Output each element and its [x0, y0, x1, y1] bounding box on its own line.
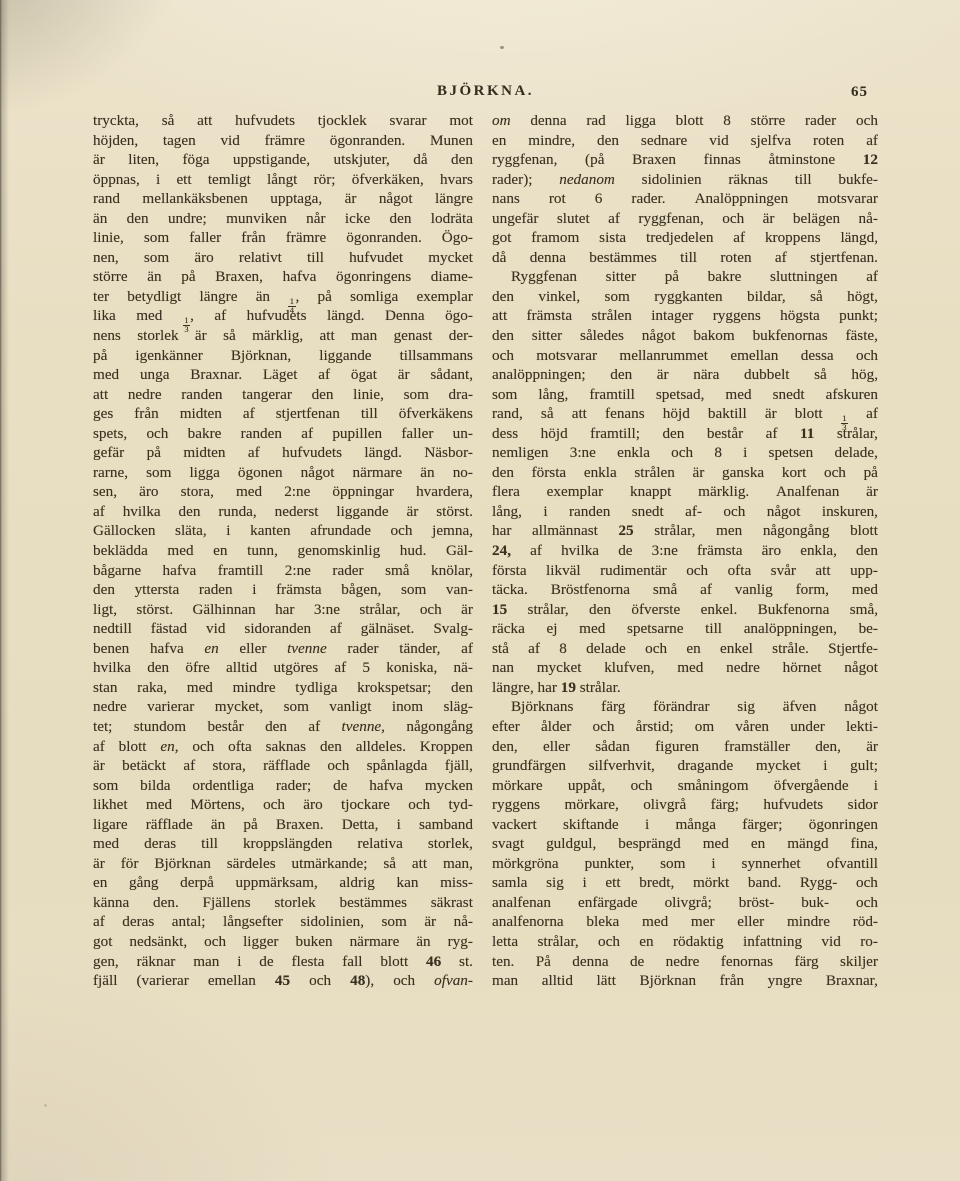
- word: räfflade: [146, 815, 193, 835]
- word: en: [751, 834, 765, 854]
- word: öfverste: [631, 600, 680, 620]
- word: mellankäksbenen: [142, 189, 247, 209]
- book-page: BJÖRKNA. 65 tryckta,såatthufvudetstjockl…: [0, 0, 960, 1181]
- word: allmännast: [532, 521, 598, 541]
- word: den: [662, 424, 684, 444]
- word: spets,: [93, 424, 127, 444]
- word: dragande: [678, 756, 734, 776]
- word: bredt,: [639, 873, 674, 893]
- word: mot: [449, 111, 473, 131]
- word: då: [492, 248, 506, 268]
- word: sådant,: [430, 365, 473, 385]
- word: af: [530, 541, 542, 561]
- word: knappt: [630, 482, 671, 502]
- word: mängd: [787, 834, 828, 854]
- word: många: [675, 815, 715, 835]
- word: den.: [153, 893, 179, 913]
- word: 3:ne: [314, 600, 340, 620]
- word: af-: [685, 502, 702, 522]
- word: strålar,: [837, 424, 878, 444]
- word: nedre: [128, 385, 162, 405]
- text-line: analfenornablekamedmerellermindreröd-: [492, 912, 878, 932]
- word: punkter,: [585, 854, 635, 874]
- text-line: attnedrerandentangerardenlinie,somdra-: [93, 385, 473, 405]
- word: ryggens: [713, 306, 761, 326]
- word: något: [844, 658, 878, 678]
- word: i: [397, 815, 401, 835]
- word: första: [492, 561, 527, 581]
- word: igenkänner: [135, 346, 202, 366]
- word: utskjuter,: [334, 150, 390, 170]
- word: midten: [183, 443, 225, 463]
- word: längd,: [840, 228, 878, 248]
- text-line: somlång,framtillspetsad,medsnedtafskuren: [492, 385, 878, 405]
- word: äro: [139, 482, 158, 502]
- word: kroppens: [765, 228, 821, 248]
- word: beklädda: [93, 541, 148, 561]
- word: tredjedelen: [646, 228, 713, 248]
- text-line: attfrämstastrålenintagerryggenshögstapun…: [492, 306, 878, 326]
- word: och: [146, 424, 168, 444]
- word: med: [93, 365, 119, 385]
- text-line: ändenundre;munvikennårickedenlodräta: [93, 209, 473, 229]
- word: analöppningen,: [744, 619, 837, 639]
- text-line: harallmännast25strålar,mennågongångblott: [492, 521, 878, 541]
- word: strålen: [591, 306, 631, 326]
- word: för: [121, 854, 139, 874]
- word: inskuren,: [822, 502, 878, 522]
- text-line: nen,somärorelativttillhufvudetmycket: [93, 248, 473, 268]
- word: på: [318, 287, 332, 307]
- word: utgöres: [273, 658, 318, 678]
- word: med: [236, 482, 262, 502]
- text-line: rand,såattfenanshöjdbaktillärblott13af: [492, 404, 878, 424]
- word: got: [93, 932, 112, 952]
- word: På: [536, 952, 551, 972]
- word: icke: [345, 209, 370, 229]
- word: den: [390, 209, 412, 229]
- word: som: [404, 385, 429, 405]
- word: nedre: [666, 952, 700, 972]
- word: nan: [492, 658, 514, 678]
- word: och: [393, 971, 415, 991]
- word: i: [583, 873, 587, 893]
- word: bukfe-: [838, 170, 878, 190]
- word: fjäll,: [445, 756, 473, 776]
- word: sjelfva: [751, 131, 791, 151]
- word: om: [695, 717, 714, 737]
- word: rad: [586, 111, 605, 131]
- word: motsvarar: [536, 346, 597, 366]
- word: den: [856, 541, 878, 561]
- word: Denna: [385, 306, 425, 326]
- word: ten.: [492, 952, 514, 972]
- word: klufven,: [604, 658, 654, 678]
- word: än: [420, 463, 434, 483]
- word: af: [248, 443, 260, 463]
- word: ganska: [722, 463, 764, 483]
- word: af: [318, 365, 330, 385]
- word: tunn,: [247, 541, 278, 561]
- word: afrundade: [310, 521, 371, 541]
- word: särdeles: [227, 854, 276, 874]
- word: är: [657, 365, 669, 385]
- word: nans: [492, 189, 520, 209]
- word: på: [147, 443, 161, 463]
- word: Braxen: [632, 150, 676, 170]
- word: upptaga,: [270, 189, 322, 209]
- word: Braxnar.: [190, 365, 242, 385]
- word: alltid: [226, 658, 257, 678]
- word: att: [492, 306, 507, 326]
- word: af: [866, 131, 878, 151]
- word: ögo-: [445, 306, 473, 326]
- word: den: [147, 658, 169, 678]
- word: sitter: [532, 326, 562, 346]
- word: randen: [241, 424, 282, 444]
- word: att: [815, 561, 830, 581]
- word: linie,: [93, 228, 124, 248]
- word: liggande: [319, 346, 371, 366]
- word: något: [379, 189, 413, 209]
- text-line: stanraka,medmindretydligakrokspetsar;den: [93, 678, 473, 698]
- word: flera: [492, 482, 520, 502]
- word: roten: [720, 248, 751, 268]
- word: samla: [492, 873, 527, 893]
- word: af: [461, 639, 473, 659]
- word: öfverkäken,: [352, 170, 424, 190]
- word: räknas: [728, 170, 768, 190]
- word: framtill: [589, 385, 635, 405]
- text-line: samlasigiettbredt,mörktband.Rygg-och: [492, 873, 878, 893]
- word: de: [259, 952, 273, 972]
- word: bröst-: [739, 893, 774, 913]
- text-column-left: tryckta,såatthufvudetstjockleksvararmoth…: [93, 111, 473, 991]
- word: exemplar: [416, 287, 473, 307]
- word: framom: [531, 228, 579, 248]
- text-line: grundfärgensilfverhvit,dragandemycketigu…: [492, 756, 878, 776]
- text-line: störreänpåBraxen,hafvaögonringensdiame-: [93, 267, 473, 287]
- word: rand,: [492, 404, 523, 424]
- word: tangerar: [242, 385, 292, 405]
- word: mindre: [233, 678, 276, 698]
- word: snedt: [773, 385, 805, 405]
- word: har: [492, 521, 511, 541]
- text-line: nemligen3:neenklaoch8ispetsendelade,: [492, 443, 878, 463]
- word: dess: [492, 424, 518, 444]
- text-line: fleraexemplarknapptmärklig.Analfenanär: [492, 482, 878, 502]
- word: närmare: [352, 463, 402, 483]
- word: raden: [199, 580, 233, 600]
- word: fenans: [605, 404, 645, 424]
- word: bågen,: [341, 580, 381, 600]
- word: 15: [492, 600, 507, 620]
- word: ryggfenan,: [638, 209, 703, 229]
- word: tryckta,: [93, 111, 139, 131]
- text-line: Björknansfärgförändrarsigäfvennågot: [492, 697, 878, 717]
- word: enkel.: [701, 600, 738, 620]
- word: vanlig: [735, 580, 773, 600]
- fraction: 14,: [288, 287, 299, 307]
- word: 8: [714, 443, 722, 463]
- word: dra-: [449, 385, 473, 405]
- text-line: ligareräffladeänpåBraxen.Detta,isamband: [93, 815, 473, 835]
- word: analfenorna: [492, 912, 564, 932]
- word: rader.: [631, 189, 665, 209]
- text-line: kännaden.Fjällensstorlekbestämmessäkrast: [93, 893, 473, 913]
- word: gefär: [93, 443, 124, 463]
- word: sluttningen: [770, 267, 838, 287]
- word: och: [856, 111, 878, 131]
- word: tvenne: [287, 639, 327, 659]
- word: stora,: [212, 756, 245, 776]
- text-line: medungaBraxnar.Lägetafögatärsådant,: [93, 365, 473, 385]
- word: färg: [601, 697, 625, 717]
- word: och: [824, 463, 846, 483]
- word: öppningar: [332, 482, 394, 502]
- word: och: [391, 521, 413, 541]
- word: ofta: [728, 561, 752, 581]
- text-line: ten.Pådennadenedrefenornasfärgskiljer: [492, 952, 878, 972]
- word: är: [398, 365, 410, 385]
- text-line: desshöjdframtill;denbeståraf11strålar,: [492, 424, 878, 444]
- word: större: [751, 111, 786, 131]
- word: 25: [618, 521, 633, 541]
- word: Rygg-: [800, 873, 837, 893]
- word: betydligt: [127, 287, 181, 307]
- word: nå-: [859, 209, 878, 229]
- text-line: gotframomsistatredjedelenafkroppenslängd…: [492, 228, 878, 248]
- word: af: [866, 404, 878, 424]
- word: bakre: [188, 424, 222, 444]
- word: täcka.: [492, 580, 528, 600]
- word: vid: [206, 619, 225, 639]
- word: än: [147, 267, 161, 287]
- word: intager: [651, 306, 693, 326]
- text-line: Ryggfenansitterpåbakresluttningenaf: [492, 267, 878, 287]
- word: är: [93, 150, 105, 170]
- word: och: [686, 561, 708, 581]
- word: ungefär: [492, 209, 538, 229]
- word: så: [814, 365, 827, 385]
- word: emellan: [730, 346, 778, 366]
- word: på: [93, 346, 107, 366]
- word: ges: [93, 404, 113, 424]
- text-line: öppnas,ietttemligtlångtrör;öfverkäken,hv…: [93, 170, 473, 190]
- word: buk-: [801, 893, 829, 913]
- word: ryggfenan,: [492, 150, 557, 170]
- word: småningom: [678, 776, 749, 796]
- word: och: [856, 346, 878, 366]
- text-line: lång,irandensnedtaf-ochnågotinskuren,: [492, 502, 878, 522]
- word: de: [630, 952, 644, 972]
- word: man: [492, 971, 518, 991]
- word: 2:ne: [284, 482, 310, 502]
- word: buken: [295, 932, 332, 952]
- word: längre: [200, 287, 238, 307]
- word: en: [492, 131, 506, 151]
- fraction: 13: [841, 404, 848, 424]
- text-line: dådennabestämmestillrotenafstjertfenan.: [492, 248, 878, 268]
- word: nära: [693, 365, 719, 385]
- word: svår: [771, 561, 796, 581]
- word: en: [93, 873, 107, 893]
- word: af: [528, 639, 540, 659]
- paper-speck: [44, 1104, 47, 1107]
- word: dessa: [801, 346, 834, 366]
- word: en: [686, 639, 700, 659]
- word: be-: [859, 619, 878, 639]
- word: enkla: [584, 463, 617, 483]
- word: räfflade: [263, 756, 310, 776]
- text-line: enmindre,densednarevidsjelfvarotenaf: [492, 131, 878, 151]
- word: ögonringen: [809, 815, 878, 835]
- word: afskuren: [826, 385, 878, 405]
- word: randen: [569, 502, 610, 522]
- text-line: ärbetäcktafstora,räffladeochspånlagdafjä…: [93, 756, 473, 776]
- text-line: ståaf8deladeochenenkelstråle.Stjertfe-: [492, 639, 878, 659]
- word: blott: [380, 952, 408, 972]
- word: så: [223, 326, 236, 346]
- word: af: [334, 658, 346, 678]
- word: besprängd: [618, 834, 680, 854]
- word: som: [660, 854, 685, 874]
- word: skiftande: [563, 815, 619, 835]
- word: främsta: [697, 541, 743, 561]
- text-line: spets,ochbakrerandenafpupillenfallerun-: [93, 424, 473, 444]
- word: bestämmes: [340, 893, 407, 913]
- word: än: [416, 932, 430, 952]
- word: spetsarne: [627, 619, 684, 639]
- word: sig: [546, 873, 564, 893]
- word: blott: [676, 111, 704, 131]
- word: så: [541, 404, 554, 424]
- word: rader);: [492, 170, 532, 190]
- word: mycket: [537, 658, 582, 678]
- word: i: [823, 756, 827, 776]
- word: hufvudets: [235, 111, 295, 131]
- word: är: [345, 189, 357, 209]
- word: bakre: [708, 267, 742, 287]
- word: i: [874, 776, 878, 796]
- word: tydliga: [295, 678, 337, 698]
- word: Stjertfe-: [828, 639, 878, 659]
- word: mycket: [428, 248, 473, 268]
- word: med: [136, 306, 162, 326]
- word: undre;: [168, 209, 207, 229]
- word: som: [605, 287, 630, 307]
- word: 48),: [350, 971, 374, 991]
- word: bukfenornas: [753, 326, 828, 346]
- word: denna: [530, 111, 566, 131]
- word: ordentliga: [192, 776, 254, 796]
- word: dubbelt: [744, 365, 790, 385]
- word: spetsen: [769, 443, 814, 463]
- word: tjockare: [341, 795, 390, 815]
- word: relativa: [357, 834, 403, 854]
- word: storlek,: [428, 834, 473, 854]
- word: ögonen: [238, 463, 283, 483]
- word: mycket: [756, 756, 801, 776]
- word: små: [653, 580, 677, 600]
- word: af: [301, 424, 313, 444]
- word: med: [167, 541, 193, 561]
- word: emellan: [208, 971, 256, 991]
- text-line: täcka.Bröstfenornasmåafvanligform,med: [492, 580, 878, 600]
- word: ofvantill: [827, 854, 878, 874]
- word: rader: [805, 111, 836, 131]
- word: öppnas,: [93, 170, 140, 190]
- word: den: [610, 365, 632, 385]
- word: flesta: [291, 952, 324, 972]
- word: med: [725, 385, 751, 405]
- word: tet;: [93, 717, 112, 737]
- word: har: [538, 678, 557, 698]
- word: der-: [449, 326, 473, 346]
- word: temligt: [208, 170, 251, 190]
- word: strålar,: [359, 600, 400, 620]
- word: Näsbor-: [424, 443, 473, 463]
- word: lika: [93, 306, 116, 326]
- word: lekti-: [846, 717, 878, 737]
- word: ålder: [541, 717, 571, 737]
- word: utmärkande;: [292, 854, 368, 874]
- word: och: [723, 502, 745, 522]
- word: Braxnar,: [826, 971, 878, 991]
- word: af: [608, 209, 620, 229]
- word: färg;: [711, 795, 739, 815]
- word: främre: [265, 131, 305, 151]
- word: märklig.: [698, 482, 749, 502]
- word: den: [589, 600, 611, 620]
- word: nedtill: [93, 619, 132, 639]
- word: består: [207, 717, 243, 737]
- text-line: afhvilkadenrunda,nederstliggandeärstörst…: [93, 502, 473, 522]
- text-line: afblotten,ochoftasaknasdenalldeles.Kropp…: [93, 737, 473, 757]
- word: ligger: [243, 932, 278, 952]
- word: Braxen.: [276, 815, 324, 835]
- word: blott: [850, 521, 878, 541]
- text-line: rader);nedanomsidolinienräknastillbukfe-: [492, 170, 878, 190]
- word: faller: [189, 228, 221, 248]
- text-line: benenhafvaenellertvenneradertänder,af: [93, 639, 473, 659]
- word: och: [420, 600, 442, 620]
- word: och: [408, 795, 430, 815]
- word: 19: [561, 678, 576, 698]
- word: mörkgröna: [492, 854, 559, 874]
- word: den: [451, 150, 473, 170]
- word: lång,: [492, 502, 522, 522]
- word: olivgrå: [643, 795, 686, 815]
- word: gång: [129, 873, 159, 893]
- word: på: [243, 815, 257, 835]
- word: med: [146, 795, 172, 815]
- word: 2:ne: [285, 561, 311, 581]
- word: den: [127, 209, 149, 229]
- word: 3:ne: [652, 541, 678, 561]
- word: miss-: [440, 873, 473, 893]
- word: äro: [303, 795, 322, 815]
- word: ro-: [860, 932, 878, 952]
- word: efter: [492, 717, 520, 737]
- word: af: [866, 267, 878, 287]
- text-line: längre, har 19 strålar.: [492, 678, 878, 698]
- text-line: nedtillfästadvidsidorandenafgälnäset.Sva…: [93, 619, 473, 639]
- word: uppåt,: [568, 776, 606, 796]
- word: att: [412, 854, 427, 874]
- word: af: [700, 580, 712, 600]
- word: benen: [93, 639, 129, 659]
